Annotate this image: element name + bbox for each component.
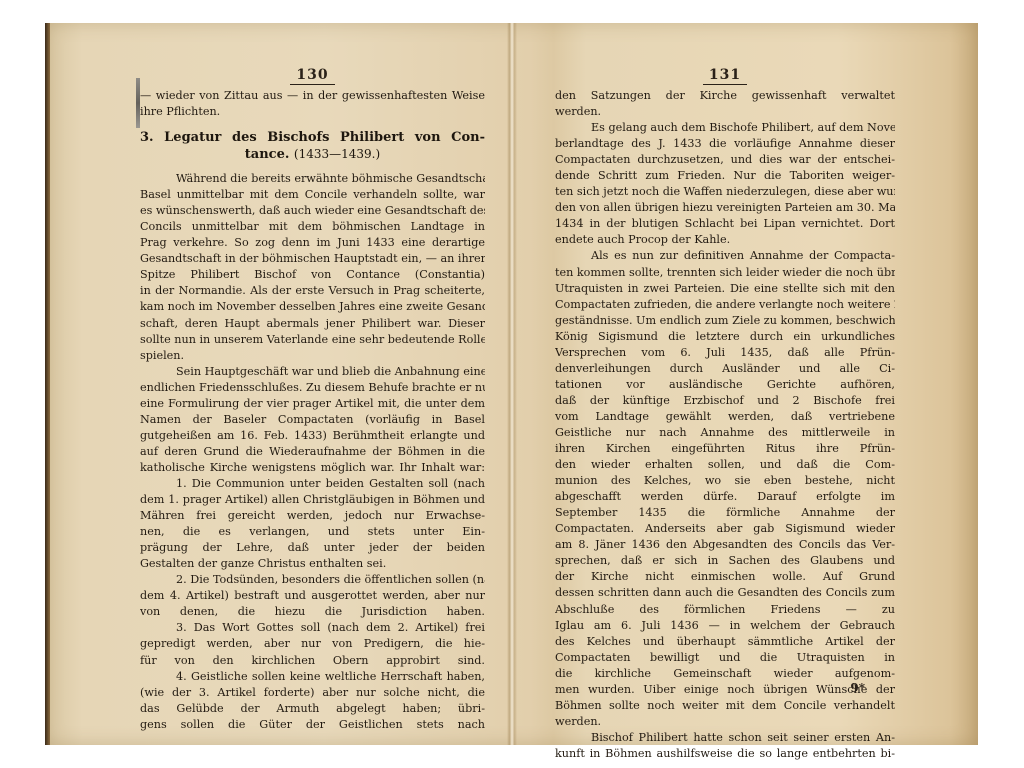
section-heading: 3. Legatur des Bischofs Philibert von Co… [140,130,485,163]
list-item-2: 2. Die Todsünden, besonders die öffentli… [140,572,485,620]
pencil-margin-mark [136,78,140,128]
list-item-3: 3. Das Wort Gottes soll (nach dem 2. Art… [140,620,485,668]
list-item-1: 1. Die Communion unter beiden Gestalten … [140,476,485,572]
list-item-4: 4. Geistliche sollen keine weltliche Her… [140,669,485,733]
paragraph: Es gelang auch dem Bischofe Philibert, a… [555,120,895,248]
left-page: 130 — wieder von Zittau aus — in der gew… [140,23,485,745]
open-book-scan: 130 — wieder von Zittau aus — in der gew… [45,23,978,745]
paragraph: Als es nun zur definitiven Annahme der C… [555,248,895,729]
page-number-right: 131 [555,66,895,88]
paragraph: Sein Hauptgeschäft war und blieb die Anb… [140,364,485,476]
left-page-text: — wieder von Zittau aus — in der gewisse… [140,88,485,733]
paragraph: Bischof Philibert hatte schon seit seine… [555,730,895,762]
page-number-left: 130 [140,66,485,88]
signature-mark: 9* [850,681,865,695]
paragraph: Während die bereits erwähnte böhmische G… [140,171,485,364]
right-page-text: den Satzungen der Kirche gewissenhaft ve… [555,88,895,762]
intro-text: — wieder von Zittau aus — in der gewisse… [140,88,485,120]
book-gutter [507,23,517,745]
intro-text: den Satzungen der Kirche gewissenhaft ve… [555,88,895,120]
right-page: 131 den Satzungen der Kirche gewissenhaf… [555,23,895,745]
